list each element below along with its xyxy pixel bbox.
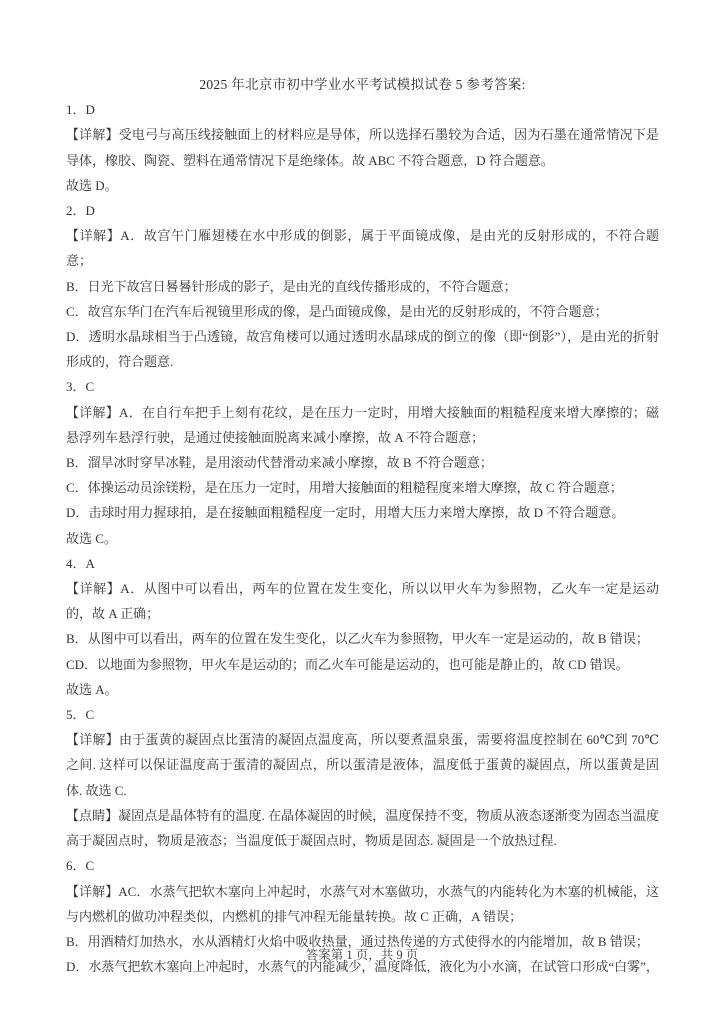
answer-item: 3．C 【详解】A．在自行车把手上刻有花纹，是在压力一定时，用增大接触面的粗糙程… xyxy=(66,374,659,550)
explanation-paragraph: 【详解】AC．水蒸气把软木塞向上冲起时，水蒸气对木塞做功，水蒸气的内能转化为木塞… xyxy=(66,879,659,929)
explanation-paragraph: C．体操运动员涂镁粉，是在压力一定时，用增大接触面的粗糙程度来增大摩擦，故 C … xyxy=(66,475,659,500)
explanation-paragraph: B．日光下故宫日晷晷针形成的影子，是由光的直线传播形成的，不符合题意； xyxy=(66,274,659,299)
page-footer: 答案第 1 页，共 9 页 xyxy=(0,946,724,964)
item-number: 6．C xyxy=(66,853,659,878)
answer-conclusion: 故选 A。 xyxy=(66,677,659,702)
page-title: 2025 年北京市初中学业水平考试模拟试卷 5 参考答案: xyxy=(66,72,659,97)
answer-key-content: 2025 年北京市初中学业水平考试模拟试卷 5 参考答案: 1．D 【详解】受电… xyxy=(66,72,659,979)
explanation-paragraph: D．击球时用力握球拍，是在接触面粗糙程度一定时，用增大压力来增大摩擦，故 D 不… xyxy=(66,500,659,525)
answer-conclusion: 故选 D。 xyxy=(66,173,659,198)
explanation-paragraph: 【详解】A．在自行车把手上刻有花纹，是在压力一定时，用增大接触面的粗糙程度来增大… xyxy=(66,400,659,450)
item-number: 3．C xyxy=(66,374,659,399)
item-number: 2．D xyxy=(66,198,659,223)
answer-item: 2．D 【详解】A．故宫午门雁翅楼在水中形成的倒影，属于平面镜成像，是由光的反射… xyxy=(66,198,659,374)
answer-item: 1．D 【详解】受电弓与高压线接触面上的材料应是导体，所以选择石墨较为合适，因为… xyxy=(66,97,659,198)
answer-item: 4．A 【详解】A．从图中可以看出，两车的位置在发生变化，所以以甲火车为参照物，… xyxy=(66,551,659,702)
answer-conclusion: 故选 C。 xyxy=(66,526,659,551)
explanation-paragraph: 【详解】受电弓与高压线接触面上的材料应是导体，所以选择石墨较为合适，因为石墨在通… xyxy=(66,122,659,172)
explanation-paragraph: B．从图中可以看出，两车的位置在发生变化，以乙火车为参照物，甲火车一定是运动的，… xyxy=(66,626,659,651)
item-number: 4．A xyxy=(66,551,659,576)
explanation-paragraph: 【详解】由于蛋黄的凝固点比蛋清的凝固点温度高，所以要煮温泉蛋，需要将温度控制在 … xyxy=(66,727,659,803)
explanation-paragraph: 【详解】A．故宫午门雁翅楼在水中形成的倒影，属于平面镜成像，是由光的反射形成的，… xyxy=(66,223,659,273)
document-page: 2025 年北京市初中学业水平考试模拟试卷 5 参考答案: 1．D 【详解】受电… xyxy=(0,0,724,1024)
note-paragraph: 【点睛】凝固点是晶体特有的温度. 在晶体凝固的时候，温度保持不变，物质从液态逐渐… xyxy=(66,803,659,853)
explanation-paragraph: 【详解】A．从图中可以看出，两车的位置在发生变化，所以以甲火车为参照物，乙火车一… xyxy=(66,576,659,626)
explanation-paragraph: CD．以地面为参照物，甲火车是运动的；而乙火车可能是运动的，也可能是静止的，故 … xyxy=(66,652,659,677)
explanation-paragraph: D．透明水晶球相当于凸透镜，故宫角楼可以通过透明水晶球成的倒立的像（即“倒影”）… xyxy=(66,324,659,374)
item-number: 5．C xyxy=(66,702,659,727)
explanation-paragraph: C．故宫东华门在汽车后视镜里形成的像，是凸面镜成像，是由光的反射形成的，不符合题… xyxy=(66,299,659,324)
item-number: 1．D xyxy=(66,97,659,122)
explanation-paragraph: B．溜旱冰时穿旱冰鞋，是用滚动代替滑动来减小摩擦，故 B 不符合题意； xyxy=(66,450,659,475)
answer-item: 5．C 【详解】由于蛋黄的凝固点比蛋清的凝固点温度高，所以要煮温泉蛋，需要将温度… xyxy=(66,702,659,853)
